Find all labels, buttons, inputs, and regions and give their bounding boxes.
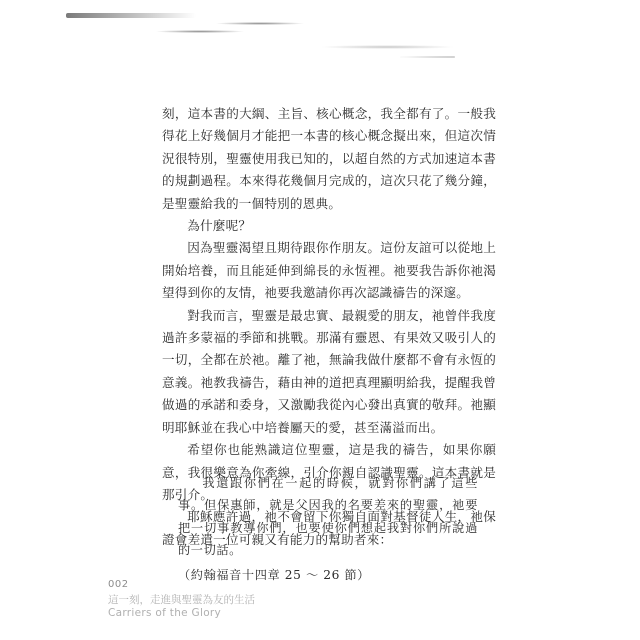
quote-text: 我還跟你們在一起的時候，就對你們講了這些事。但保惠師，就是父因我的名要差來的聖靈… (178, 472, 478, 562)
scan-artifact-streak (400, 56, 455, 58)
book-title-en: Carriers of the Glory (108, 607, 255, 619)
scan-artifact-streak (155, 30, 245, 33)
scan-artifact-streak (215, 22, 305, 25)
scan-artifact-streak (320, 45, 455, 49)
paragraph: 對我而言，聖靈是最忠實、最親愛的朋友，祂曾伴我度過許多蒙福的季節和挑戰。那滿有靈… (162, 305, 496, 439)
scan-artifact-streak (66, 13, 196, 18)
scripture-quote: 我還跟你們在一起的時候，就對你們講了這些事。但保惠師，就是父因我的名要差來的聖靈… (178, 472, 478, 586)
page-number: 002 (108, 579, 255, 590)
paragraph: 因為聖靈渴望且期待跟你作朋友。這份友誼可以從地上開始培養，而且能延伸到綿長的永恆… (162, 237, 496, 304)
paragraph: 刻，這本書的大綱、主旨、核心概念，我全都有了。一般我得花上好幾個月才能把一本書的… (162, 103, 496, 215)
book-title-zh: 這一刻，走進與聖靈為友的生活 (108, 592, 255, 607)
page-footer: 002 這一刻，走進與聖靈為友的生活 Carriers of the Glory (108, 579, 255, 619)
paragraph: 為什麼呢？ (162, 215, 496, 237)
